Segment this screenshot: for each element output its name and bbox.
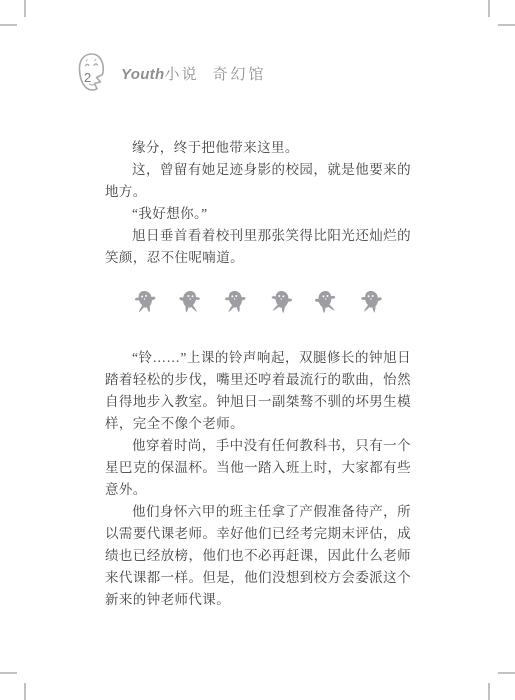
crop-mark (0, 24, 17, 26)
crop-mark (488, 683, 490, 700)
crop-mark (498, 672, 515, 674)
paragraph: “我好想你。” (105, 203, 411, 225)
crop-mark (488, 0, 490, 17)
paragraph: 他穿着时尚，手中没有任何教科书，只有一个星巴克的保温杯。当他一踏入班上时，大家都… (105, 435, 411, 501)
paragraph: 旭日垂首看着校刊里那张笑得比阳光还灿烂的笑颜，忍不住呢喃道。 (105, 225, 411, 269)
header-title: Youth小说奇幻馆 (121, 63, 266, 84)
paragraph: 这，曾留有她足迹身影的校园，就是他要来的地方。 (105, 159, 411, 203)
section-name: 奇幻馆 (212, 67, 266, 83)
paragraph: 缘分，终于把他带来这里。 (105, 137, 411, 159)
page-header: 2 Youth小说奇幻馆 (72, 50, 266, 102)
ghost-icon (176, 286, 204, 318)
page-number: 2 (84, 70, 91, 85)
ghost-icon (357, 286, 385, 317)
ghost-icon (130, 285, 160, 318)
crop-mark (24, 683, 26, 700)
ghost-divider (132, 287, 384, 317)
page-body: 缘分，终于把他带来这里。 这，曾留有她足迹身影的校园，就是他要来的地方。 “我好… (105, 137, 411, 611)
ghost-icon (221, 286, 250, 319)
crop-mark (498, 24, 515, 26)
paragraph: “铃……”上课的铃声响起，双腿修长的钟旭日踏着轻松的步伐，嘴里还哼着最流行的歌曲… (105, 347, 411, 435)
ghost-logo-icon: 2 (72, 50, 114, 102)
book-page: 2 Youth小说奇幻馆 缘分，终于把他带来这里。 这，曾留有她足迹身影的校园，… (0, 0, 515, 700)
brand-name: Youth (121, 66, 164, 83)
paragraph: 他们身怀六甲的班主任拿了产假准备待产，所以需要代课老师。幸好他们已经考完期末评估… (105, 501, 411, 611)
ghost-icon (311, 286, 340, 319)
ghost-icon (267, 286, 295, 318)
brand-name-cn: 小说 (164, 67, 198, 83)
crop-mark (24, 0, 26, 17)
crop-mark (0, 672, 17, 674)
